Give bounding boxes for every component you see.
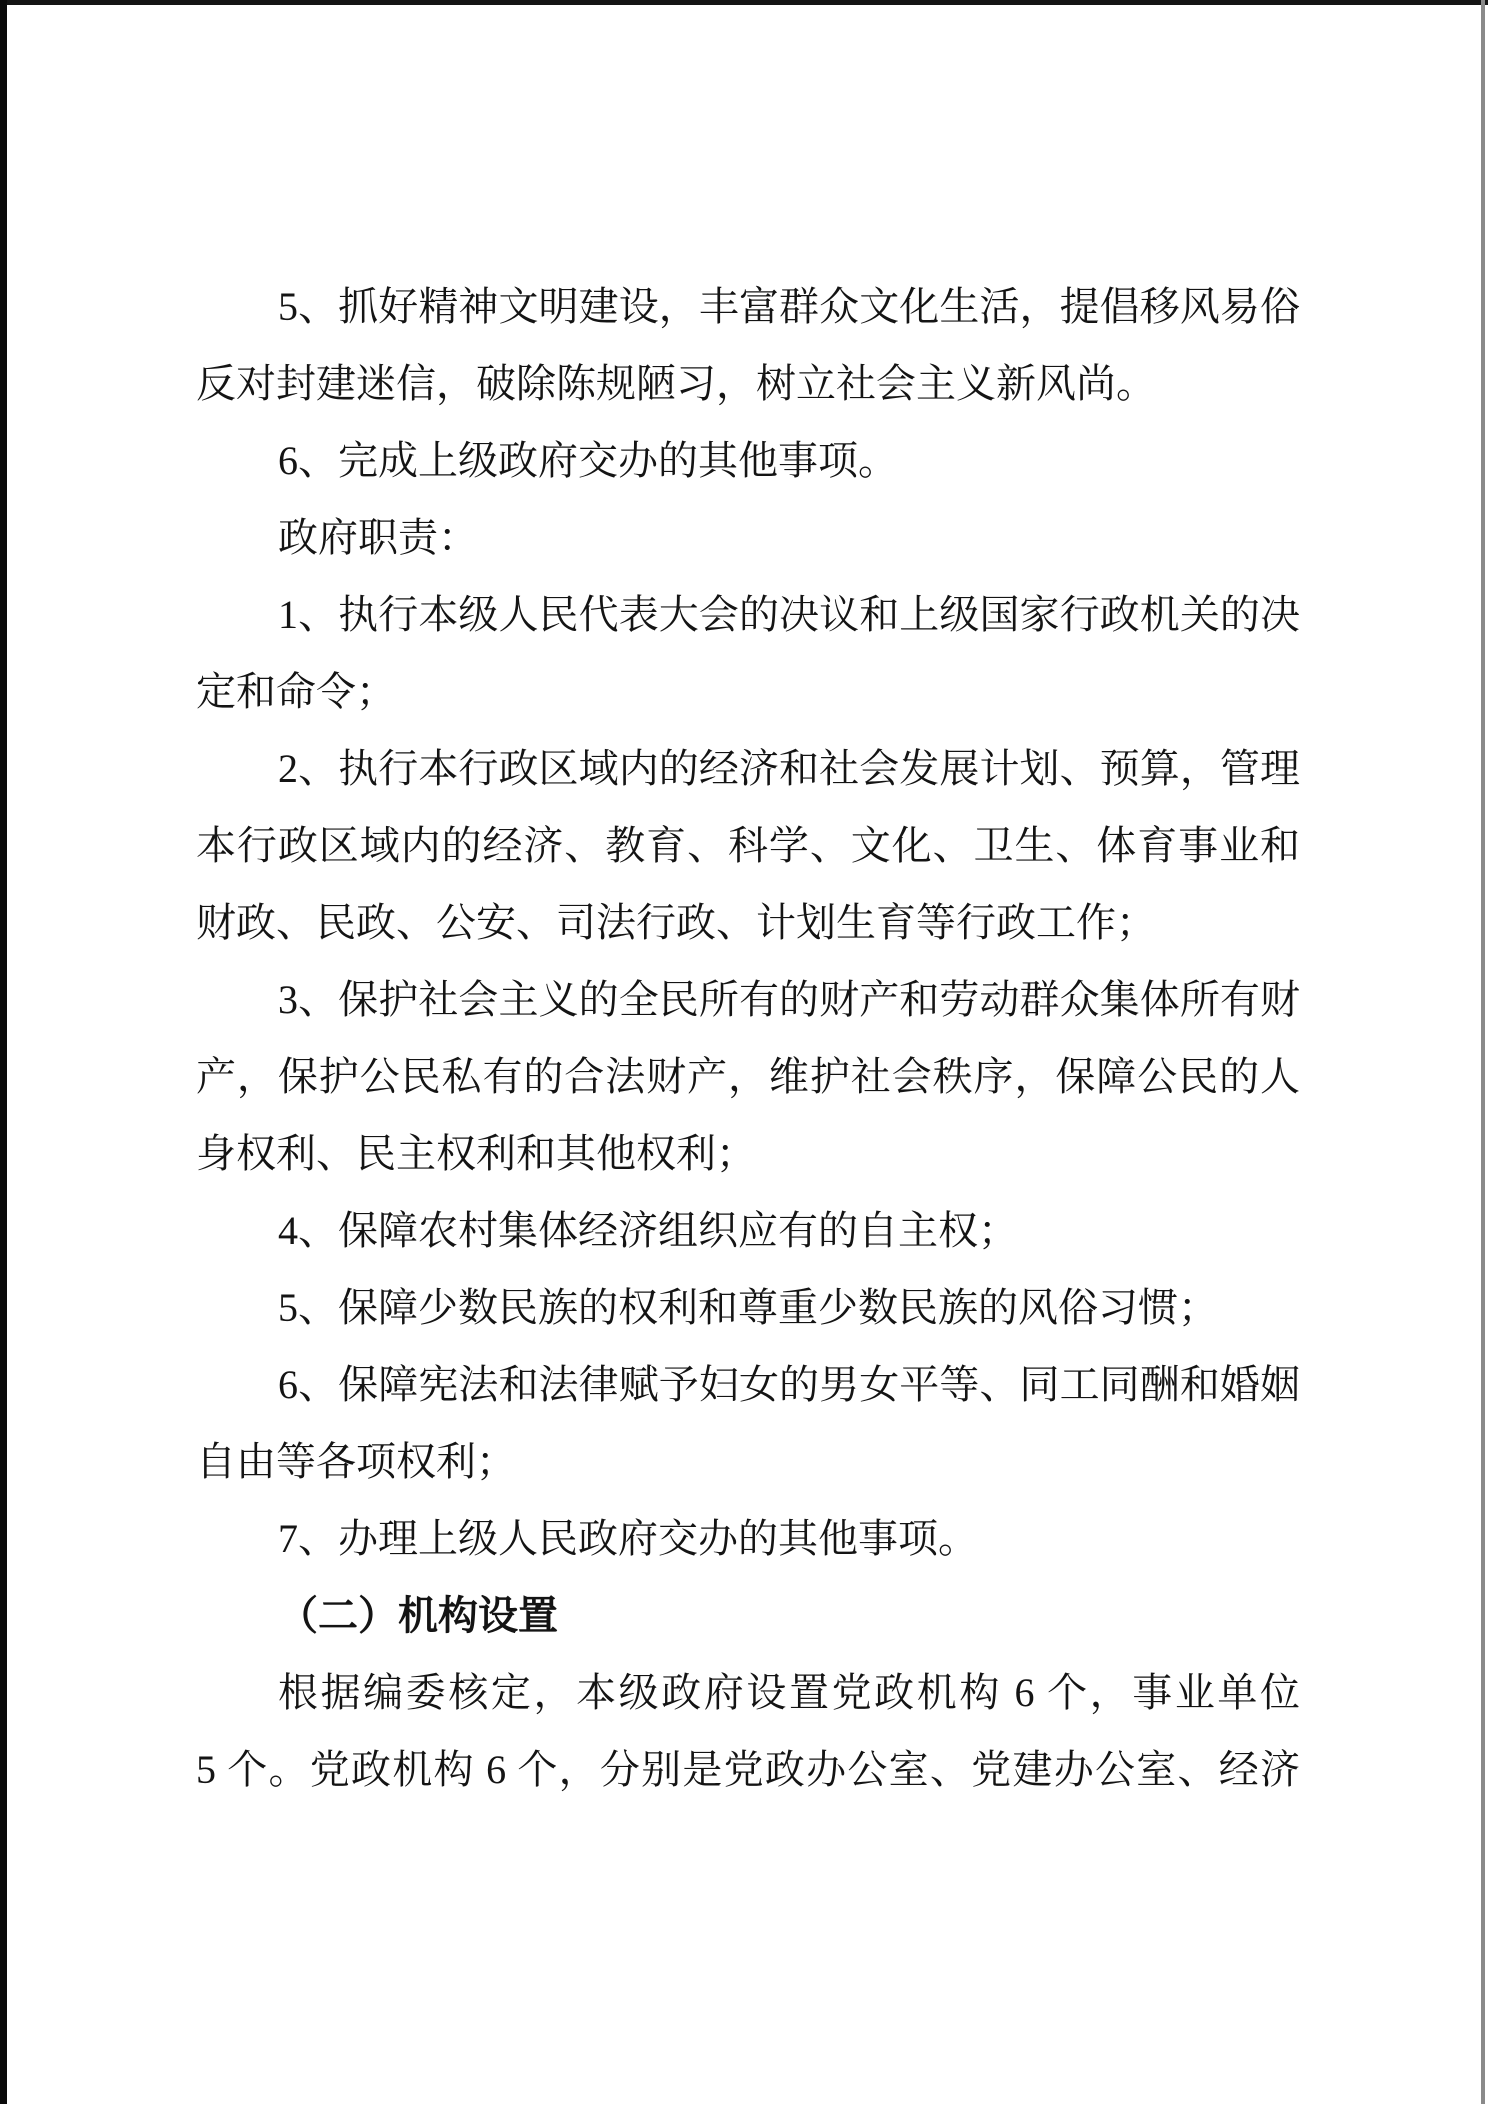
text-line: 5 个。党政机构 6 个，分别是党政办公室、党建办公室、经济 — [196, 1731, 1300, 1808]
text-line: 根据编委核定，本级政府设置党政机构 6 个，事业单位 — [196, 1654, 1300, 1731]
text-line: 产，保护公民私有的合法财产，维护社会秩序，保障公民的人 — [196, 1038, 1300, 1115]
text-line: 6、完成上级政府交办的其他事项。 — [196, 422, 1300, 499]
text-line: 身权利、民主权利和其他权利； — [196, 1115, 1300, 1192]
page-edge-strip — [1481, 0, 1485, 2104]
text-line: （二）机构设置 — [196, 1577, 1300, 1654]
text-line: 4、保障农村集体经济组织应有的自主权； — [196, 1192, 1300, 1269]
text-line: 5、抓好精神文明建设，丰富群众文化生活，提倡移风易俗 — [196, 268, 1300, 345]
page-edge-left — [0, 0, 7, 2104]
text-body: 5、抓好精神文明建设，丰富群众文化生活，提倡移风易俗反对封建迷信，破除陈规陋习，… — [196, 268, 1300, 1808]
page-edge-top — [0, 0, 1488, 5]
text-line: 5、保障少数民族的权利和尊重少数民族的风俗习惯； — [196, 1269, 1300, 1346]
text-line: 本行政区域内的经济、教育、科学、文化、卫生、体育事业和 — [196, 807, 1300, 884]
text-line: 1、执行本级人民代表大会的决议和上级国家行政机关的决 — [196, 576, 1300, 653]
text-line: 3、保护社会主义的全民所有的财产和劳动群众集体所有财 — [196, 961, 1300, 1038]
text-line: 财政、民政、公安、司法行政、计划生育等行政工作； — [196, 884, 1300, 961]
text-line: 7、办理上级人民政府交办的其他事项。 — [196, 1500, 1300, 1577]
text-line: 定和命令； — [196, 653, 1300, 730]
text-line: 2、执行本行政区域内的经济和社会发展计划、预算，管理 — [196, 730, 1300, 807]
text-line: 政府职责： — [196, 499, 1300, 576]
text-line: 反对封建迷信，破除陈规陋习，树立社会主义新风尚。 — [196, 345, 1300, 422]
document-page: 5、抓好精神文明建设，丰富群众文化生活，提倡移风易俗反对封建迷信，破除陈规陋习，… — [0, 0, 1488, 2104]
text-line: 自由等各项权利； — [196, 1423, 1300, 1500]
text-line: 6、保障宪法和法律赋予妇女的男女平等、同工同酬和婚姻 — [196, 1346, 1300, 1423]
